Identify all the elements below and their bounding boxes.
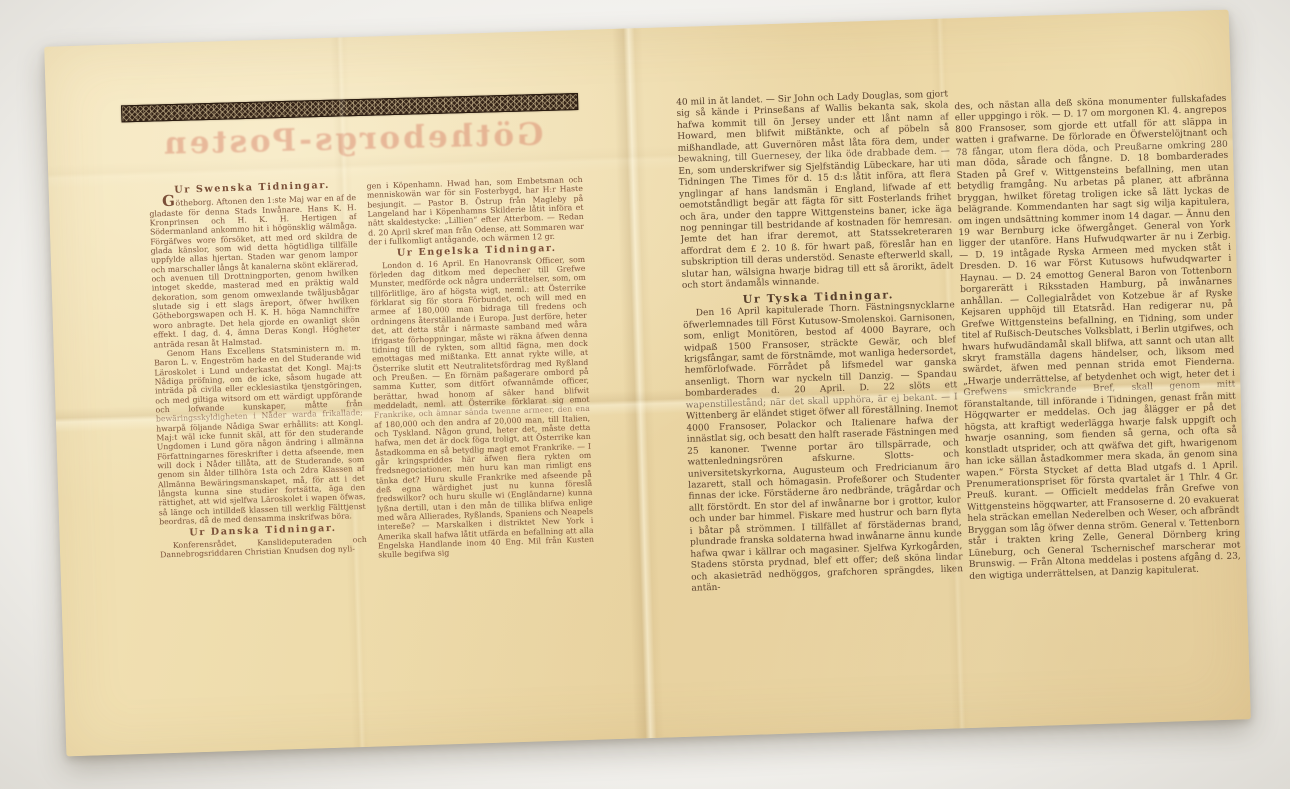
body-paragraph: Den 16 April kapitulerade Thorn. Fästnin… [683,300,964,595]
left-page-column-1: Ur Swenska Tidningar.Götheborg. Aftonen … [148,177,371,685]
right-page-column-2: des, och nästan alla deß sköna monumente… [954,94,1244,674]
body-paragraph: des, och nästan alla deß sköna monumente… [954,94,1241,583]
left-page: Götheborgs-Posten Ur Swenska Tidningar.G… [44,10,1228,47]
right-page-column-1: 40 mil in åt landet. — Sir John och Lady… [676,89,966,665]
body-paragraph: 40 mil in åt landet. — Sir John och Lady… [676,89,954,292]
newspaper-sheet: Götheborgs-Posten Ur Swenska Tidningar.G… [44,10,1251,757]
right-page: 40 mil in åt landet. — Sir John och Lady… [44,10,1228,47]
left-page-column-2: gen i Köpenhamn. Hwad han, som Embetsman… [367,175,599,682]
ghost-masthead-title: Götheborgs-Posten [127,116,578,169]
photo-background: Götheborgs-Posten Ur Swenska Tidningar.G… [0,0,1290,789]
center-fold-crease [612,28,664,739]
body-paragraph: gen i Köpenhamn. Hwad han, som Embetsman… [367,175,585,247]
body-paragraph: Götheborg. Aftonen den 1:ste Maj war en … [149,191,361,349]
body-paragraph: London d. 16 April. En Hanovransk Office… [369,255,594,561]
body-paragraph: Genom Hans Excellens Statsministern m. m… [154,343,366,527]
